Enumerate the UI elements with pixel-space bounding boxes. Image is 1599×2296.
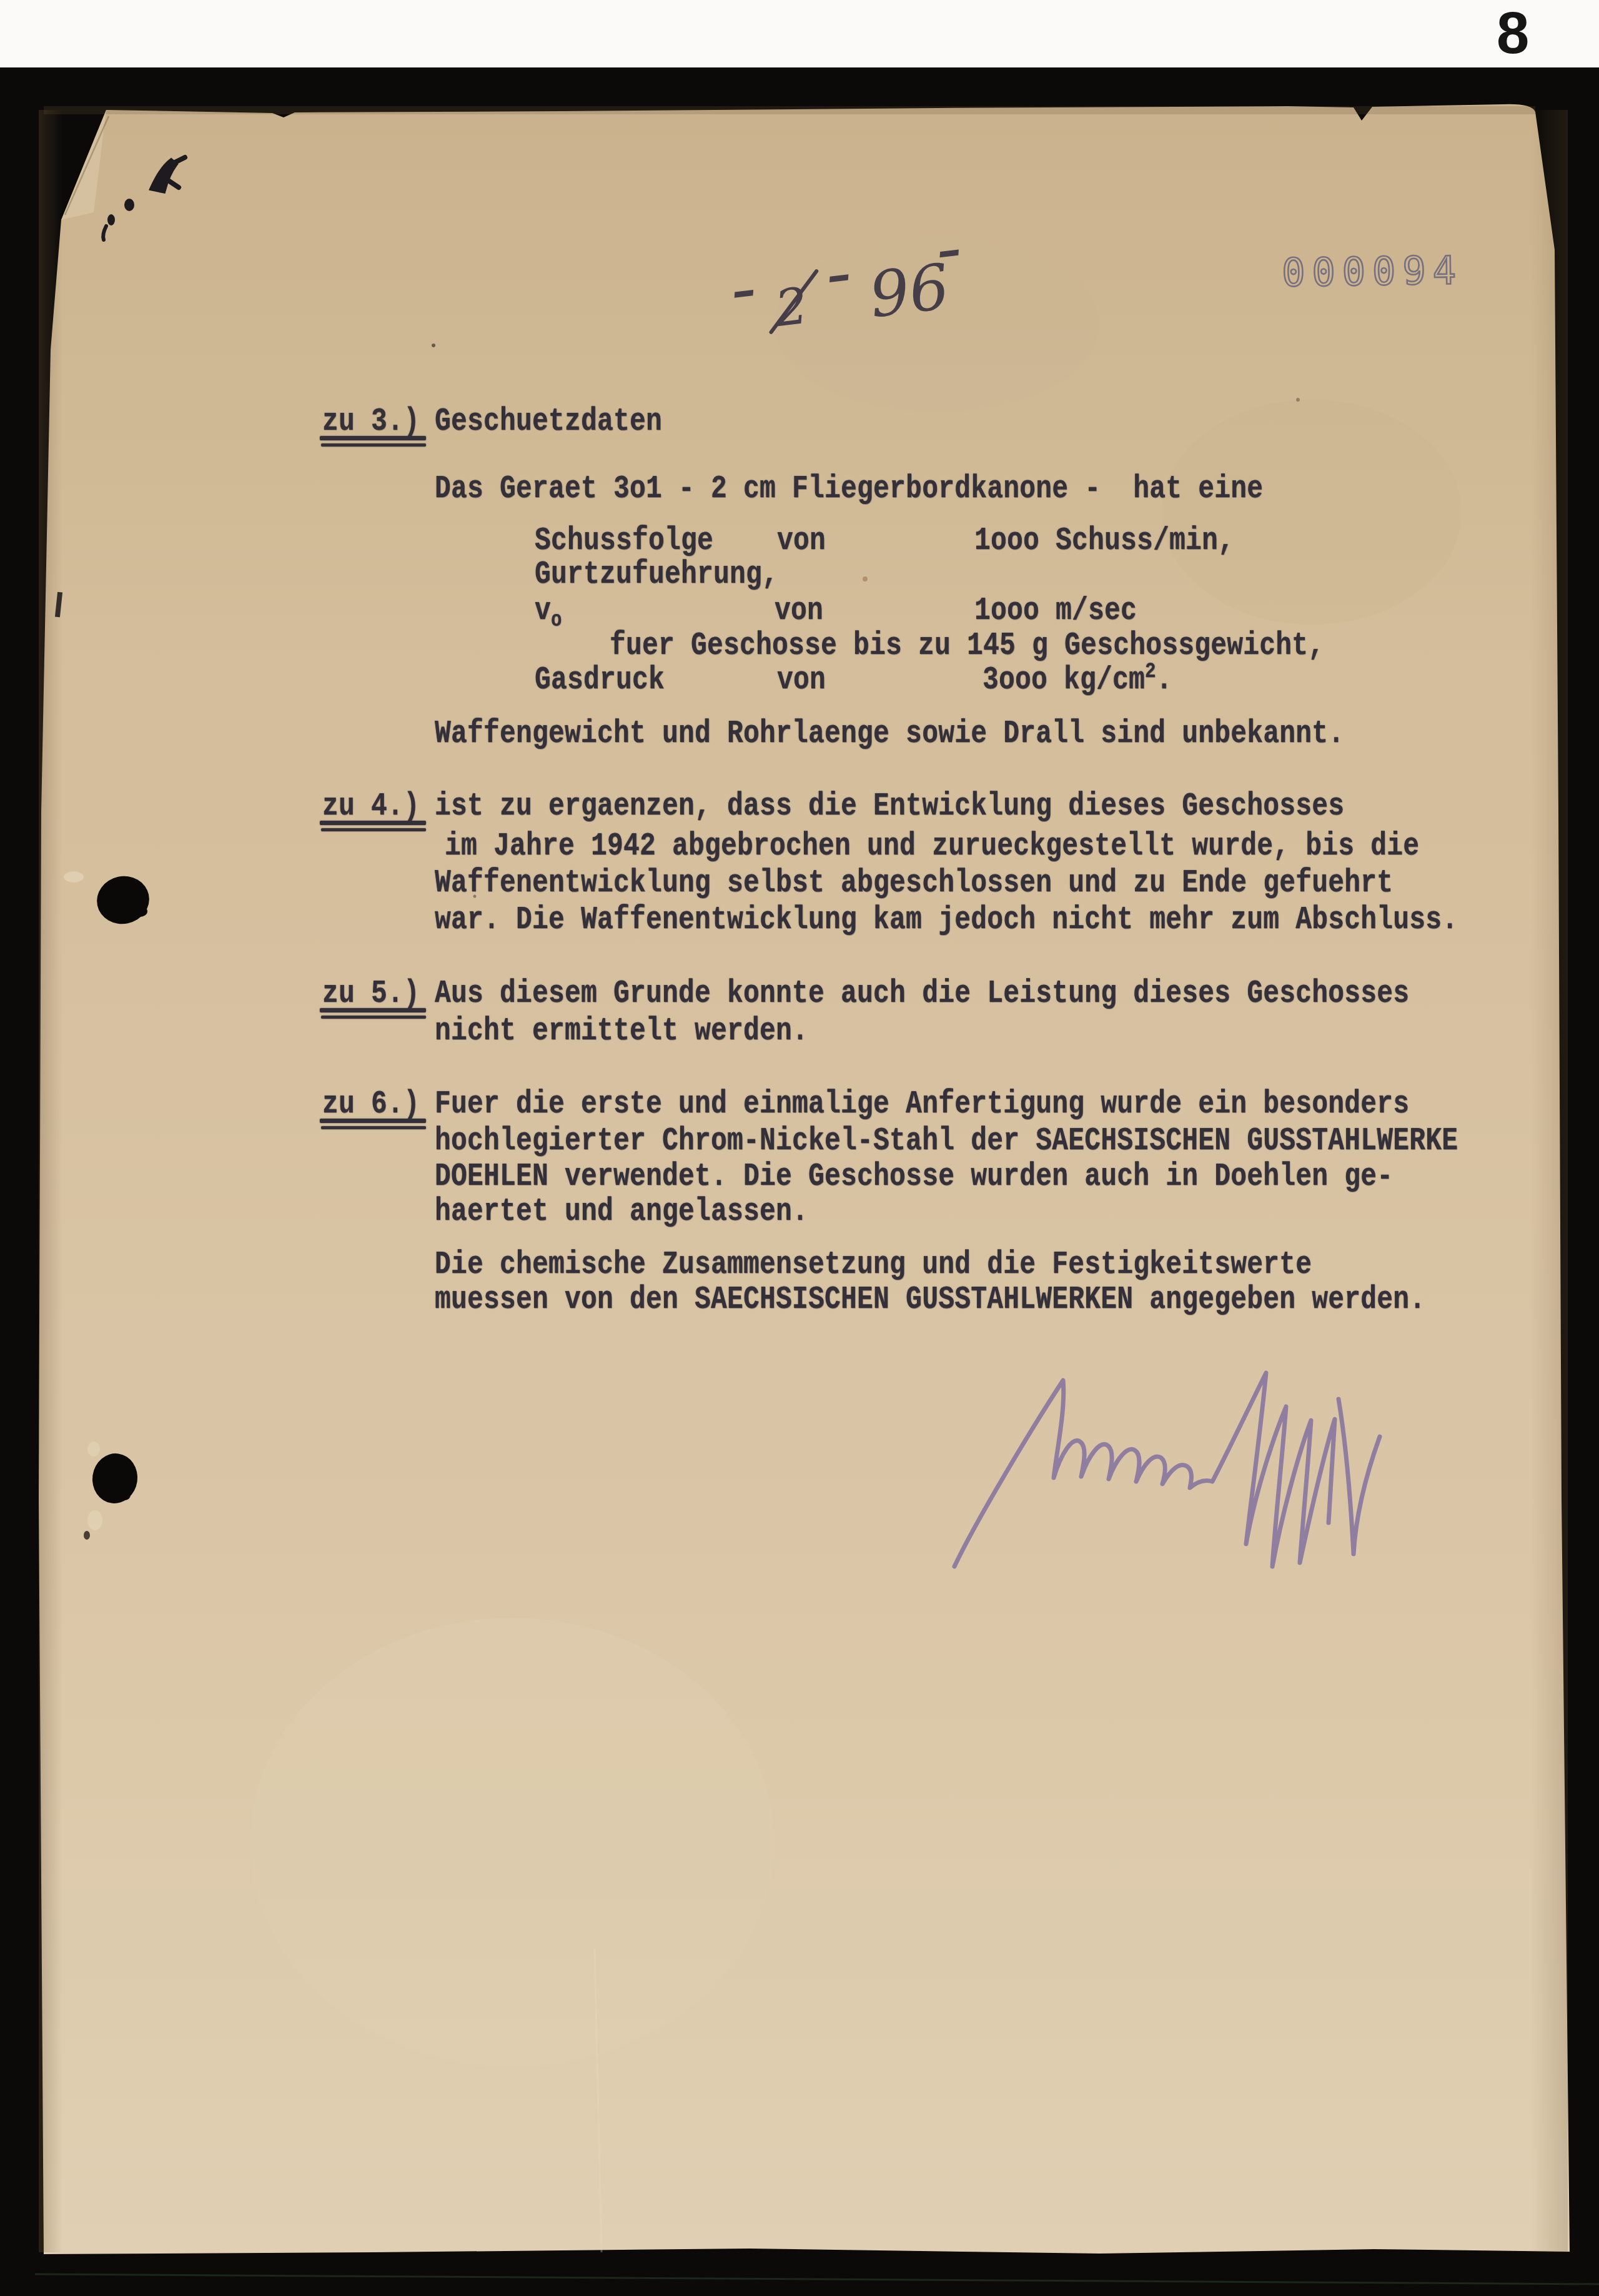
typed-line: hochlegierter Chrom-Nickel-Stahl der SAE… [435, 1124, 1458, 1157]
spec-von: von [777, 524, 826, 557]
spec-label: Gurtzufuehrung, [535, 558, 778, 590]
typewritten-text-layer: zu 3.) Geschuetzdaten Das Geraet 3o1 - 2… [0, 0, 1599, 2296]
gasdruck-value-text: 3ooo kg/cm [983, 661, 1145, 698]
spec-value: 1ooo m/sec [974, 594, 1137, 626]
label-underline [321, 1126, 426, 1129]
spec-von: von [775, 594, 823, 626]
label-underline [320, 1119, 426, 1123]
spec-label-v0: vo [535, 594, 562, 626]
label-underline [321, 1016, 426, 1019]
typed-line: muessen von den SAECHSISCHEN GUSSTAHLWER… [435, 1283, 1425, 1315]
typed-line: Fuer die erste und einmalige Anfertigung… [435, 1087, 1409, 1120]
v0-subscript: o [551, 608, 562, 633]
section-label-zu4: zu 4.) [322, 789, 420, 822]
typed-line: Waffenentwicklung selbst abgeschlossen u… [435, 866, 1393, 899]
typed-line: Die chemische Zusammensetzung und die Fe… [435, 1248, 1312, 1280]
label-underline [321, 828, 426, 831]
spec-value: 1ooo Schuss/min, [974, 524, 1234, 557]
v0-symbol: v [535, 591, 551, 629]
typed-line: DOEHLEN verwendet. Die Geschosse wurden … [435, 1160, 1393, 1192]
typed-line: fuer Geschosse bis zu 145 g Geschossgewi… [610, 629, 1324, 661]
typed-line: Aus diesem Grunde konnte auch die Leistu… [435, 977, 1409, 1009]
label-underline [321, 443, 426, 447]
typed-line: im Jahre 1942 abgebrochen und zurueckges… [445, 829, 1419, 862]
typed-line: Waffengewicht und Rohrlaenge sowie Drall… [435, 717, 1344, 750]
label-underline [320, 821, 426, 825]
gasdruck-superscript: 2 [1145, 659, 1156, 684]
section-label-zu3: zu 3.) [322, 405, 420, 437]
spec-label: Gasdruck [535, 663, 665, 696]
typed-line: ist zu ergaenzen, dass die Entwicklung d… [435, 789, 1344, 822]
label-underline [320, 436, 426, 440]
typed-line: war. Die Waffenentwicklung kam jedoch ni… [435, 903, 1458, 936]
spec-value-gasdruck: 3ooo kg/cm2. [983, 663, 1172, 696]
typed-line: Das Geraet 3o1 - 2 cm Fliegerbordkanone … [435, 472, 1263, 505]
typed-line: nicht ermittelt werden. [435, 1014, 808, 1047]
typed-line: haertet und angelassen. [435, 1195, 808, 1227]
gasdruck-period: . [1156, 661, 1172, 698]
section-heading: Geschuetzdaten [435, 405, 662, 437]
section-label-zu5: zu 5.) [322, 977, 420, 1009]
scanned-document-page: 8 [0, 0, 1599, 2296]
spec-label: Schussfolge [535, 524, 713, 557]
spec-von: von [777, 663, 826, 696]
label-underline [320, 1008, 426, 1012]
section-label-zu6: zu 6.) [322, 1087, 420, 1120]
